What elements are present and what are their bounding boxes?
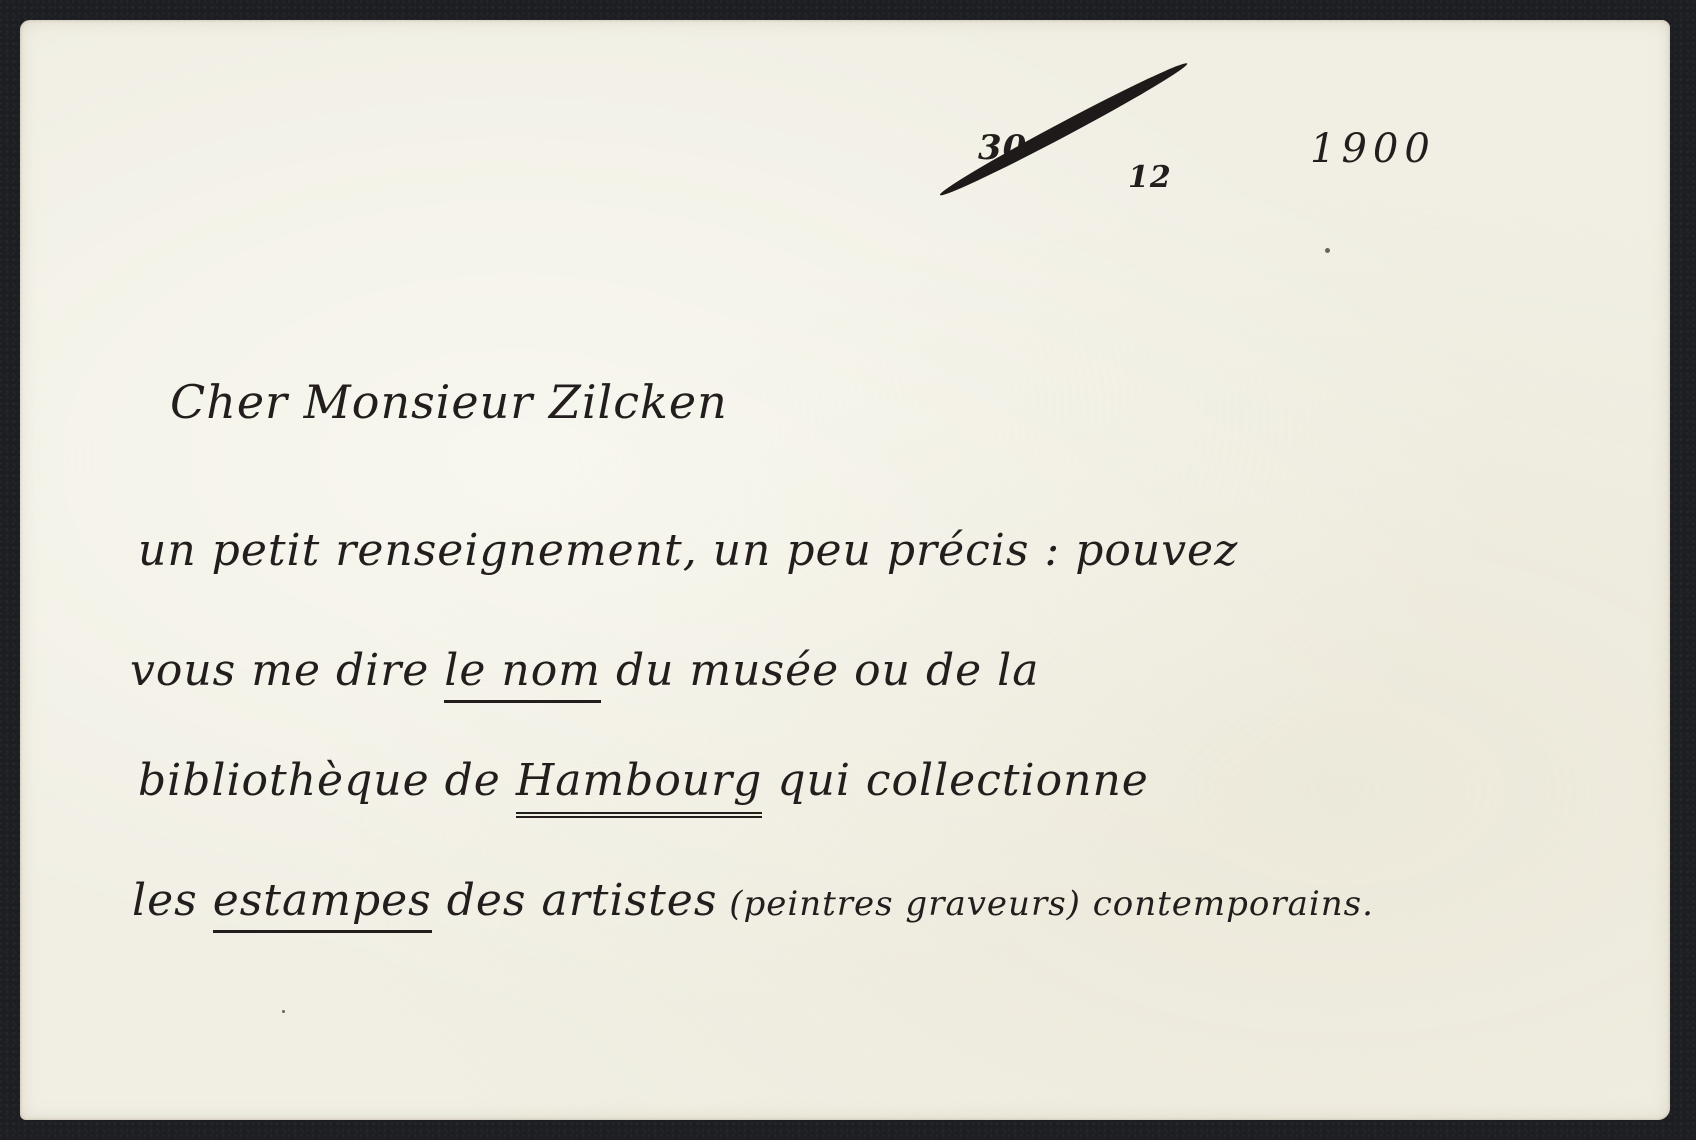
body-line-2: vous me dire le nom du musée ou de la — [130, 645, 1039, 696]
handwritten-card: 30 12 1900 Cher Monsieur Zilcken un peti… — [20, 20, 1670, 1120]
line-text: des artistes — [432, 875, 718, 926]
body-line-1: un petit renseignement, un peu précis : … — [138, 525, 1238, 576]
salutation: Cher Monsieur Zilcken — [170, 375, 728, 429]
date-year: 1900 — [1310, 126, 1436, 172]
line-text: du musée ou de la — [601, 645, 1040, 696]
line-text: les — [132, 875, 213, 926]
body-line-3: bibliothèque de Hambourg qui collectionn… — [138, 755, 1149, 806]
body-line-4: les estampes des artistes (peintres grav… — [132, 875, 1374, 926]
double-underlined-text: Hambourg — [516, 755, 763, 818]
paper-speck — [1325, 248, 1330, 253]
line-text: bibliothèque de — [138, 755, 516, 806]
line-text: qui collectionne — [762, 755, 1148, 806]
underlined-text: estampes — [213, 875, 432, 933]
line-text: vous me dire — [130, 645, 444, 696]
underlined-text: le nom — [444, 645, 601, 703]
parenthetical-text: (peintres graveurs) contemporains. — [717, 884, 1374, 924]
line-text: un petit renseignement, un peu précis : … — [138, 525, 1238, 576]
paper-speck — [282, 1010, 285, 1013]
date-month: 12 — [1128, 160, 1172, 195]
